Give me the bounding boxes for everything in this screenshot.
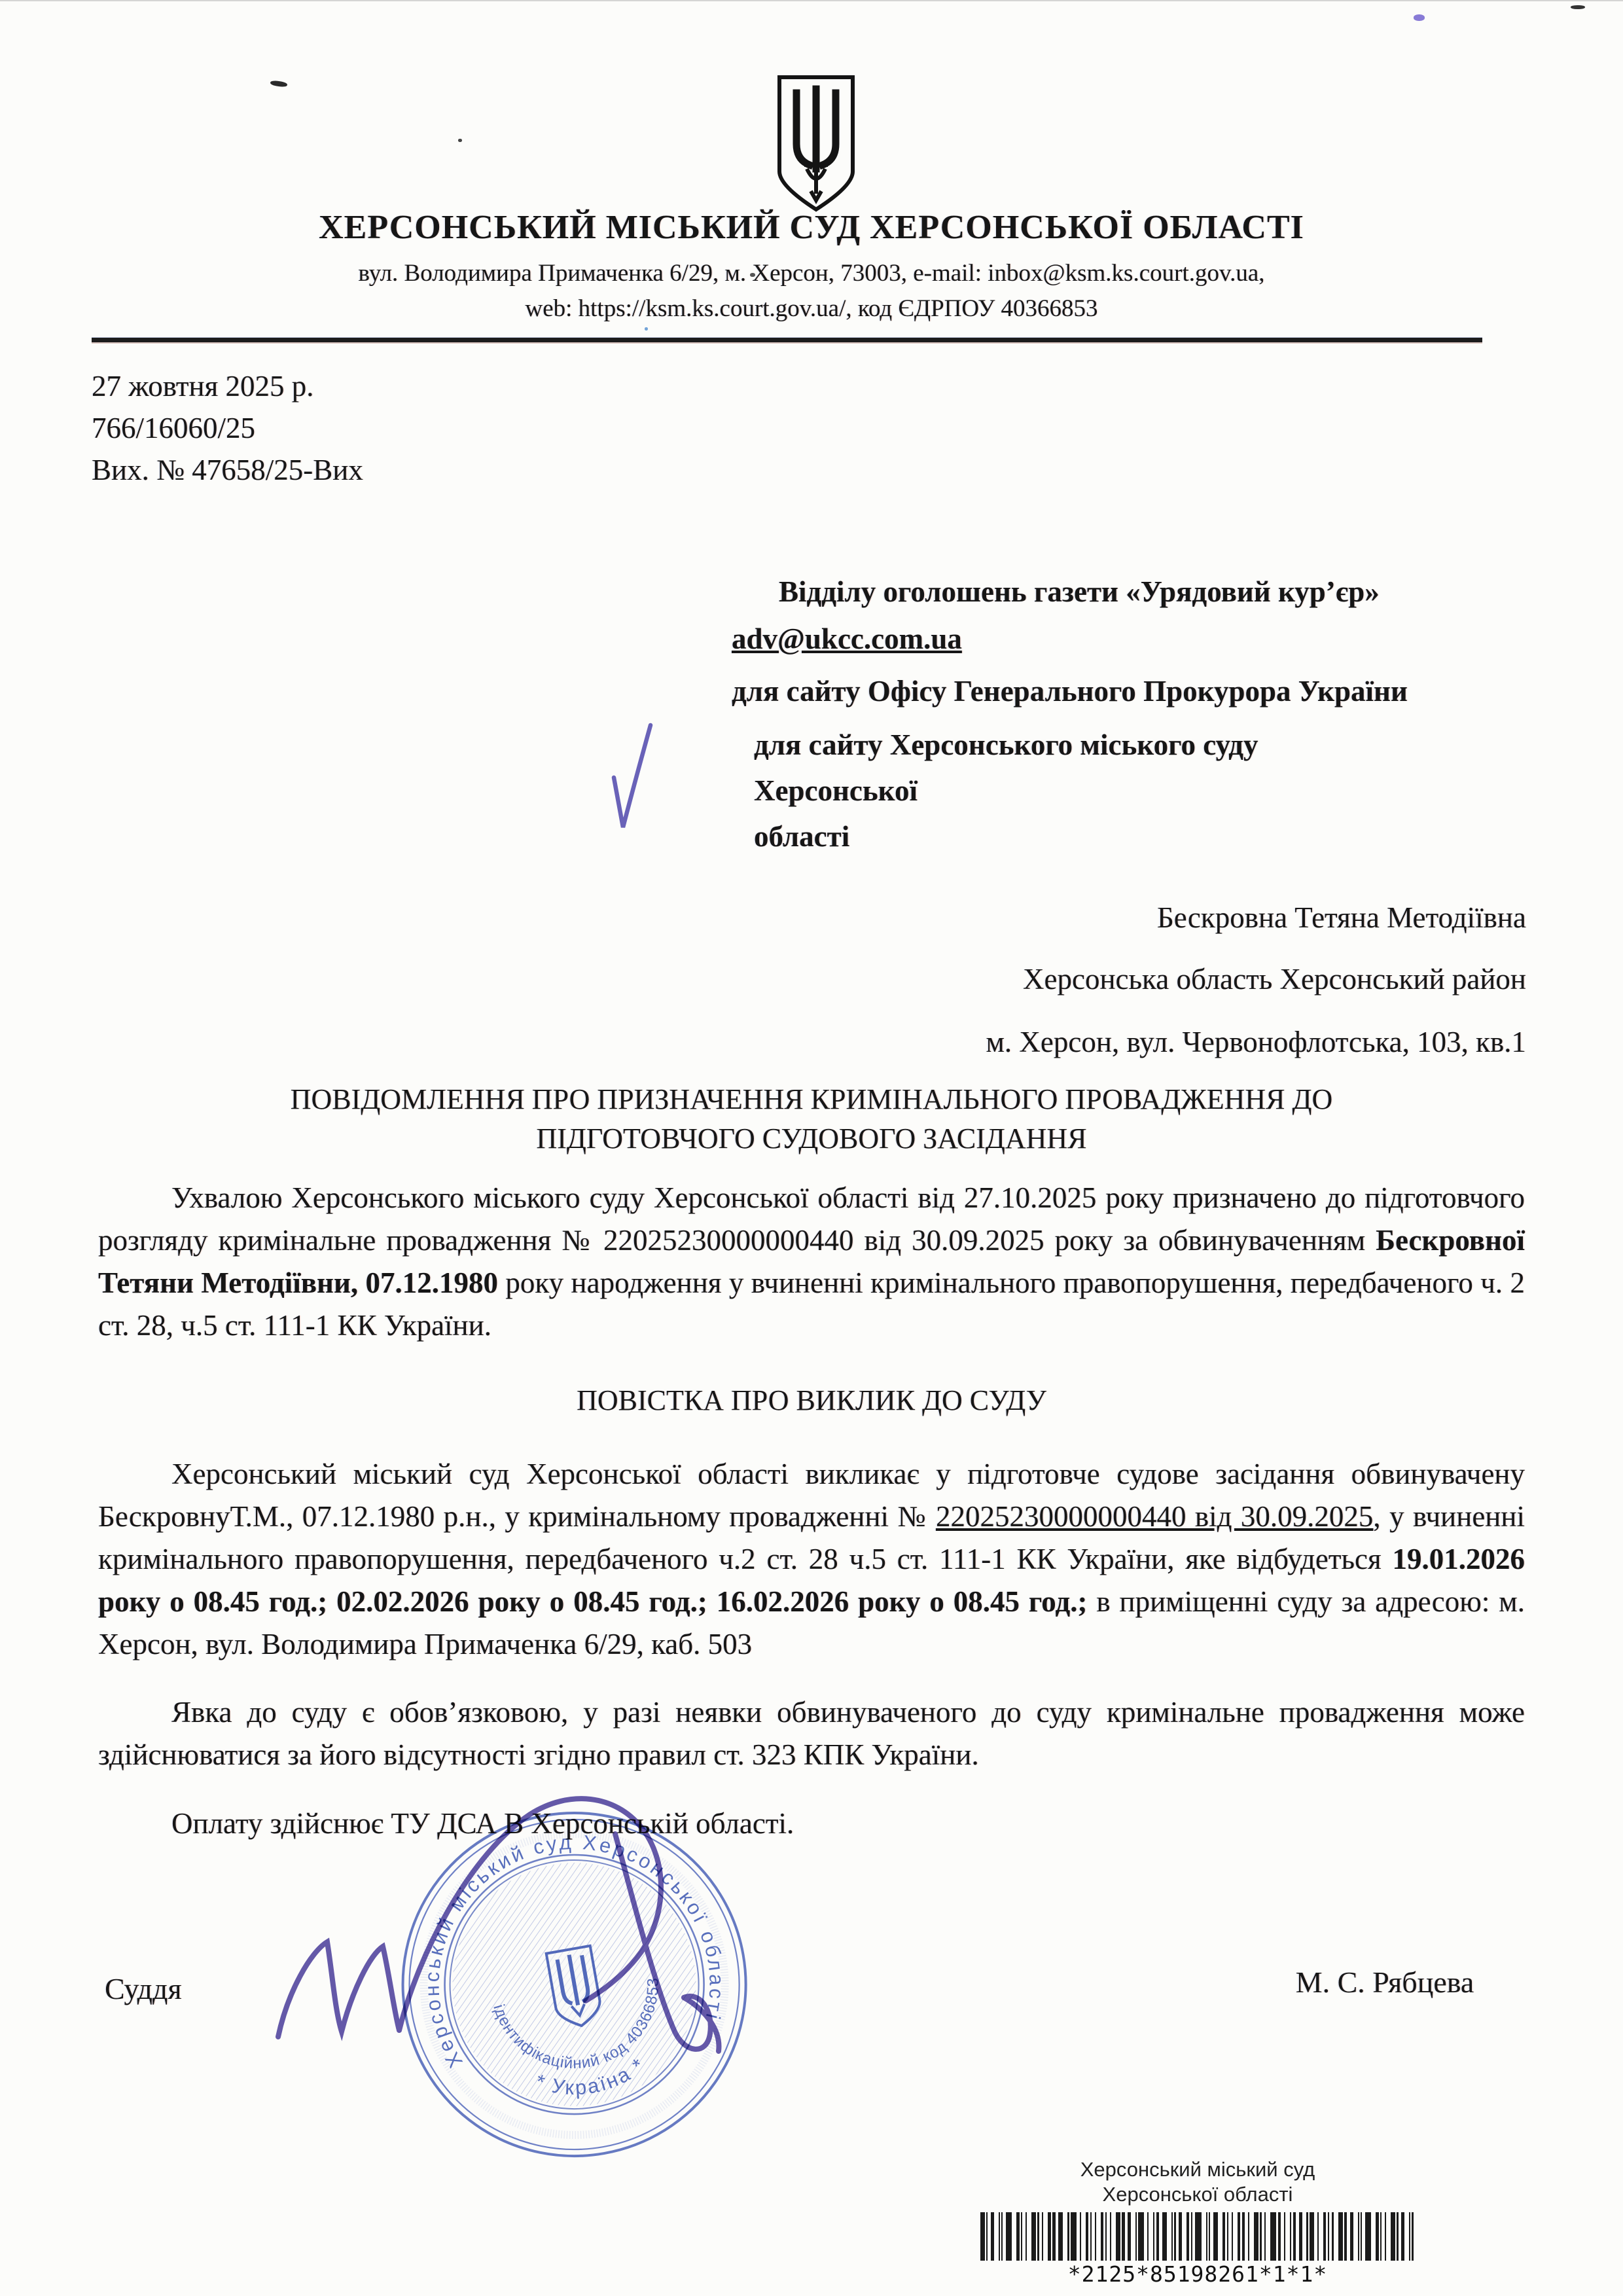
outgoing-number: Вих. № 47658/25-Вих [92, 453, 363, 487]
judge-role-label: Суддя [105, 1971, 182, 2006]
header-divider [92, 338, 1482, 342]
scanned-court-document: ХЕРСОНСЬКИЙ МІСЬКИЙ СУД ХЕРСОНСЬКОЇ ОБЛА… [0, 0, 1623, 2296]
case-number: 766/16060/25 [92, 411, 255, 445]
barcode [980, 2212, 1415, 2261]
barcode-number: *2125*85198261*1*1* [969, 2262, 1427, 2287]
scan-artifact [645, 327, 648, 331]
document-date: 27 жовтня 2025 р. [92, 369, 314, 403]
scan-artifact [270, 80, 288, 88]
footer-court-line1: Херсонський міський суд [969, 2157, 1427, 2182]
recipient-email: adv@ukcc.com.ua [732, 622, 962, 656]
scan-artifact [0, 0, 1623, 1]
court-address-line: вул. Володимира Примаченка 6/29, м. Херс… [0, 259, 1623, 287]
addressee-address: м. Херсон, вул. Червонофлотська, 103, кв… [720, 1025, 1526, 1059]
addressee-region: Херсонська область Херсонський район [720, 962, 1526, 996]
recipient-prosecutor-site: для сайту Офісу Генерального Прокурора У… [732, 674, 1408, 708]
judge-signature [249, 1775, 733, 2092]
notice-title-line2: ПІДГОТОВЧОГО СУДОВОГО ЗАСІДАННЯ [98, 1119, 1525, 1158]
notice-title-line1: ПОВІДОМЛЕННЯ ПРО ПРИЗНАЧЕННЯ КРИМІНАЛЬНО… [98, 1080, 1525, 1119]
notice-body: Ухвалою Херсонського міського суду Херсо… [98, 1177, 1525, 1347]
court-web-line: web: https://ksm.ks.court.gov.ua/, код Є… [0, 295, 1623, 323]
footer-court-block: Херсонський міський суд Херсонської обла… [969, 2157, 1427, 2287]
addressee-name: Бескровна Тетяна Методіївна [720, 901, 1526, 935]
judge-name: М. С. Рябцева [1243, 1965, 1526, 2000]
scan-artifact [458, 139, 462, 142]
notice-title: ПОВІДОМЛЕННЯ ПРО ПРИЗНАЧЕННЯ КРИМІНАЛЬНО… [98, 1080, 1525, 1158]
summons-title: ПОВІСТКА ПРО ВИКЛИК ДО СУДУ [98, 1381, 1525, 1420]
scan-artifact [1414, 14, 1425, 21]
recipient-court-site-line3: області [754, 819, 849, 853]
footer-court-line2: Херсонської області [969, 2182, 1427, 2207]
court-name: ХЕРСОНСЬКИЙ МІСЬКИЙ СУД ХЕРСОНСЬКОЇ ОБЛА… [0, 208, 1623, 247]
scan-artifact [1571, 5, 1585, 9]
summons-body: Херсонський міський суд Херсонської обла… [98, 1453, 1525, 1666]
recipient-court-site: для сайту Херсонського міського суду [754, 728, 1258, 762]
recipient-court-site-line2: Херсонської [754, 774, 918, 808]
recipient-newspaper: Відділу оголошень газети «Урядовий кур’є… [779, 575, 1380, 609]
trident-emblem-icon [774, 73, 858, 213]
pen-checkmark [609, 720, 661, 838]
attendance-paragraph: Явка до суду є обов’язковою, у разі неяв… [98, 1691, 1525, 1776]
